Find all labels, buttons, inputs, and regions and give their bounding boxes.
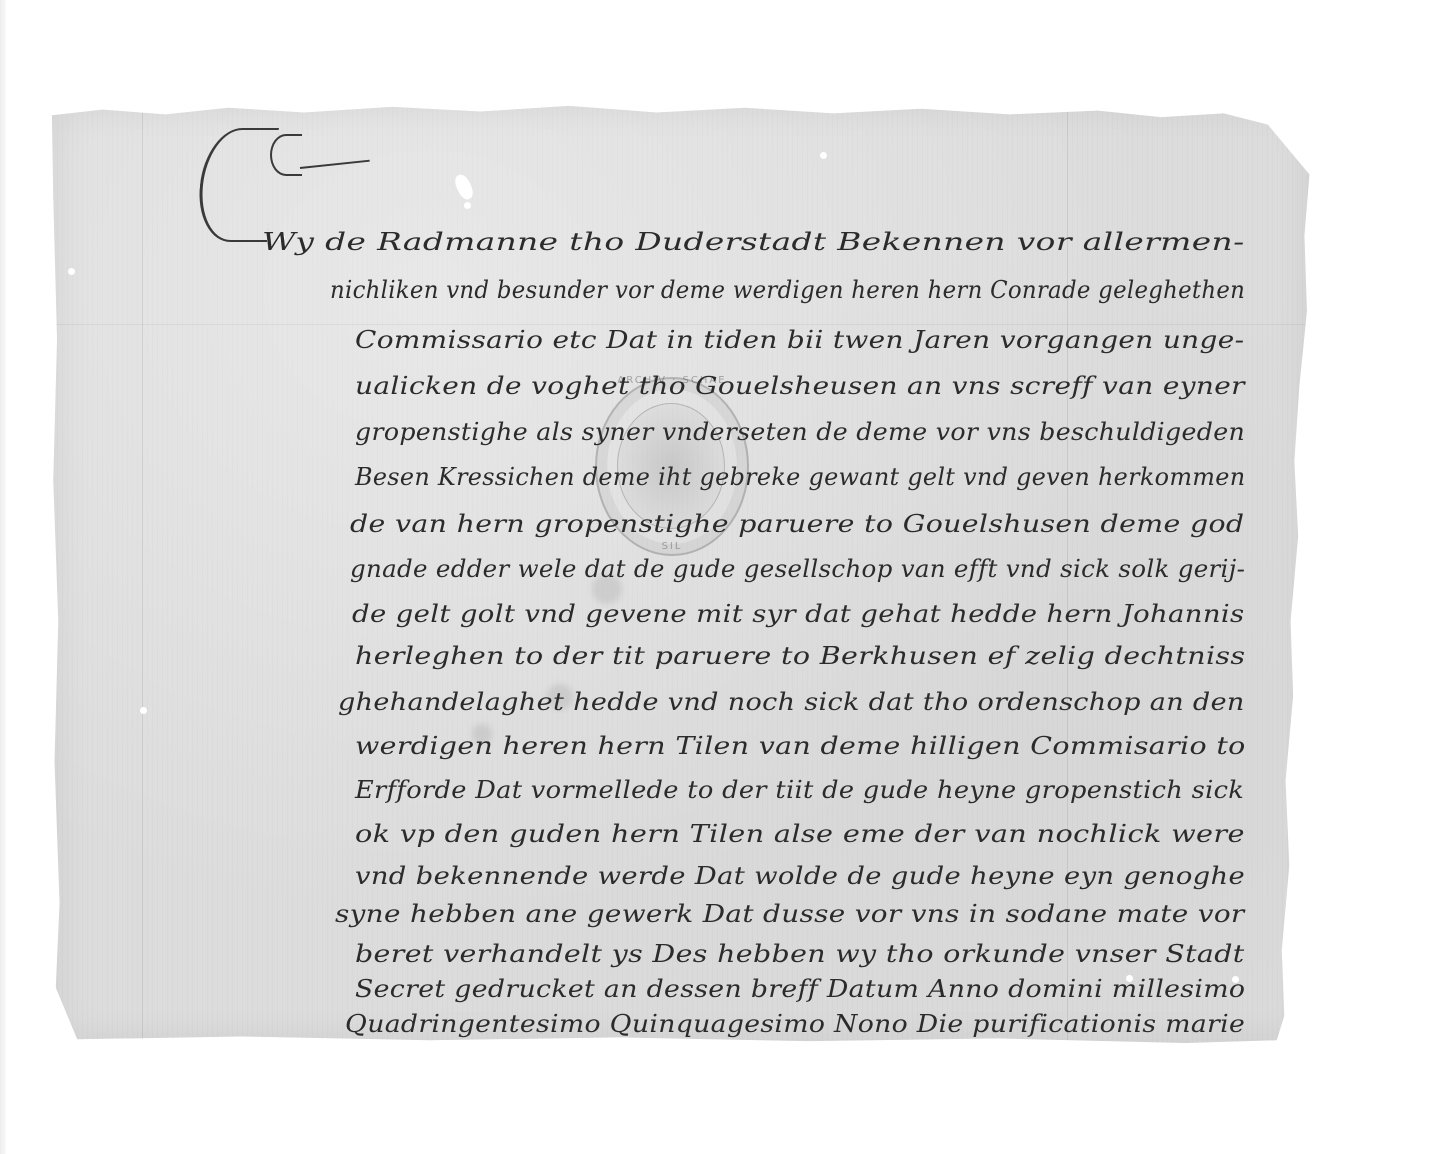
fold-line [52,324,1312,325]
text-line-19: Quadringentesimo Quinquagesimo Nono Die … [345,1010,1245,1038]
decorated-initial-c-inner [270,134,302,176]
scan-margin-strip [0,0,6,1154]
text-line-10: herleghen to der tit paruere to Berkhuse… [355,642,1245,670]
text-line-15: vnd bekennende werde Dat wolde de gude h… [355,862,1245,890]
wormhole-damage [68,268,75,275]
stamp-legend-bottom: SIL [597,541,747,552]
wormhole-damage [452,172,476,201]
text-line-11: ghehandelaghet hedde vnd noch sick dat t… [338,688,1245,716]
text-line-3: Commissario etc Dat in tiden bii twen Ja… [355,326,1244,354]
text-line-14: ok vp den guden hern Tilen alse eme der … [355,820,1245,848]
wormhole-damage [140,707,147,714]
text-line-17: beret verhandelt ys Des hebben wy tho or… [355,940,1245,968]
text-line-5: gropenstighe als syner vnderseten de dem… [355,418,1245,446]
text-line-13: Erfforde Dat vormellede to der tiit de g… [355,776,1244,804]
wormhole-damage [820,152,827,159]
text-line-7: de van hern gropenstighe paruere to Goue… [350,510,1244,538]
text-line-4: ualicken de voghet tho Gouelsheusen an v… [355,372,1245,400]
text-line-12: werdigen heren hern Tilen van deme hilli… [355,732,1246,760]
wormhole-damage [242,1066,249,1073]
wormhole-damage [464,202,471,209]
text-line-9: de gelt golt vnd gevene mit syr dat geha… [352,600,1245,628]
initial-flourish [300,160,370,169]
text-line-18: Secret gedrucket an dessen breff Datum A… [355,975,1245,1003]
text-line-2: nichliken vnd besunder vor deme werdigen… [330,276,1245,304]
text-line-1: Wy de Radmanne tho Duderstadt Bekennen v… [262,228,1245,256]
text-line-6: Besen Kressichen deme iht gebreke gewant… [355,463,1245,491]
text-line-8: gnade edder wele dat de gude gesellschop… [350,555,1245,583]
text-line-16: syne hebben ane gewerk Dat dusse vor vns… [335,900,1245,928]
fold-line [142,104,143,1044]
decorated-initial-c-outer [194,128,279,242]
